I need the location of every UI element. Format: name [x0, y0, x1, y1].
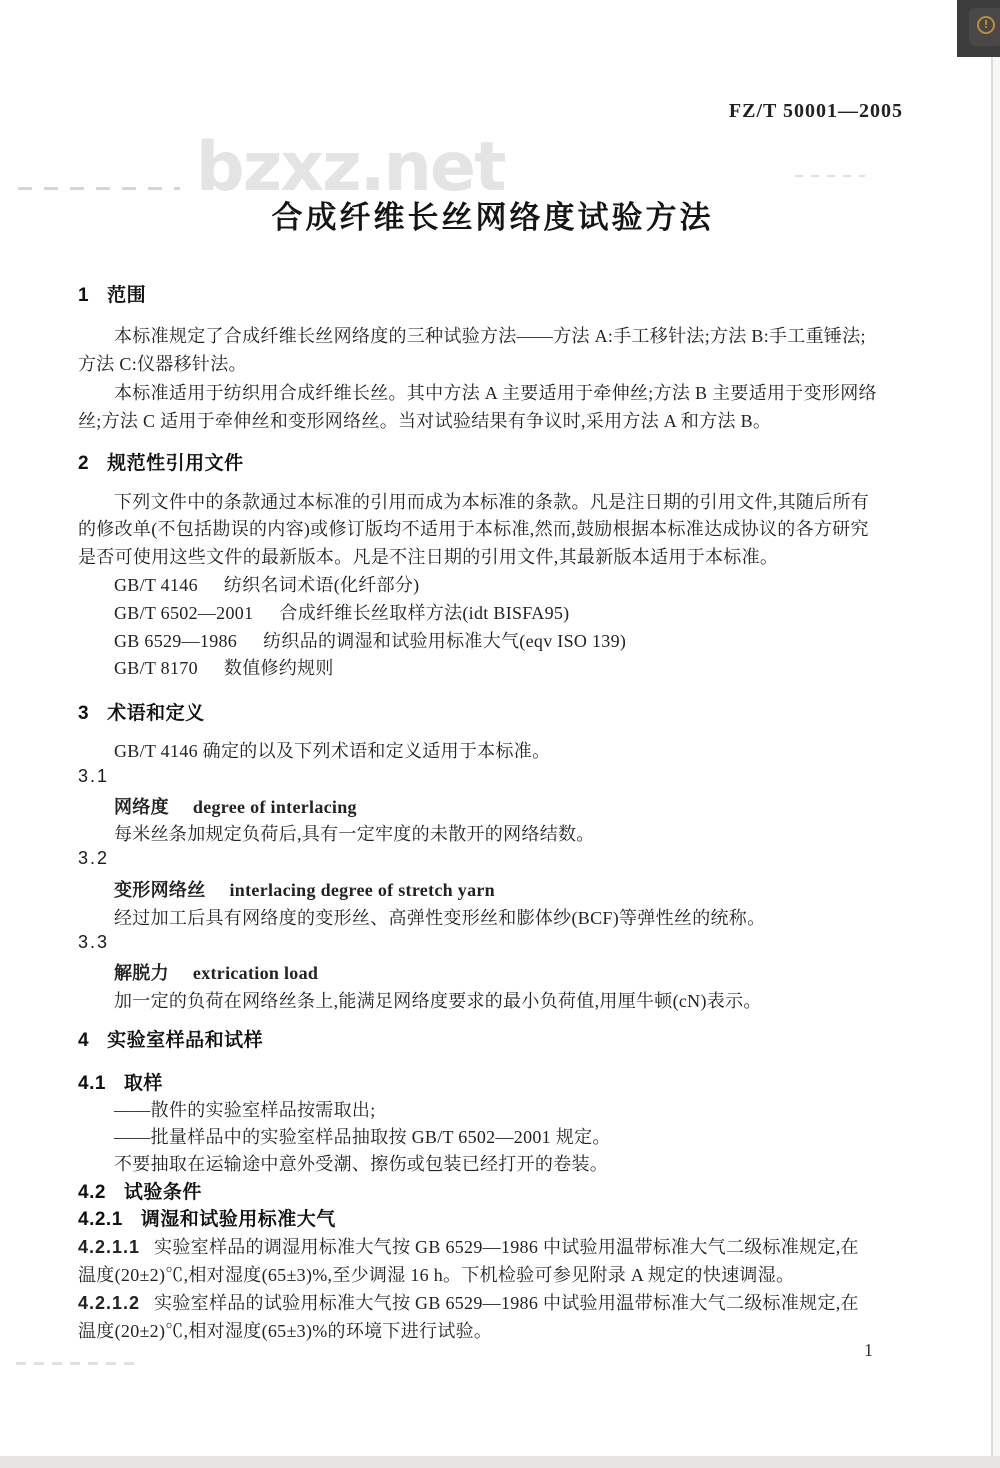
viewer-bottom-strip: [0, 1456, 1000, 1468]
term-en: degree of interlacing: [193, 797, 357, 817]
section-number: 4: [78, 1030, 89, 1051]
sampling-list-item: ——批量样品中的实验室样品抽取按 GB/T 6502—2001 规定。: [114, 1123, 611, 1149]
term-en: extrication load: [193, 963, 318, 983]
term-definition: 经过加工后具有网络度的变形丝、高弹性变形丝和膨体纱(BCF)等弹性丝的统称。: [114, 904, 765, 930]
clause-line: 4.2.1.2实验室样品的试验用标准大气按 GB 6529—1986 中试验用温…: [78, 1289, 859, 1315]
section-number: 4.2.1: [78, 1209, 123, 1230]
scope-paragraph-line: 本标准规定了合成纤维长丝网络度的三种试验方法——方法 A:手工移针法;方法 B:…: [114, 322, 866, 348]
reference-code: GB/T 4146: [114, 575, 198, 595]
reference-title: 数值修约规则: [224, 658, 334, 678]
alert-icon[interactable]: !: [977, 16, 995, 34]
section-label: 取样: [124, 1073, 163, 1094]
term-zh: 解脱力: [114, 963, 169, 983]
sampling-note: 不要抽取在运输途中意外受潮、擦伤或包装已经打开的卷装。: [114, 1150, 608, 1176]
standard-code: FZ/T 50001—2005: [729, 100, 903, 123]
scan-artifact: [795, 175, 865, 177]
document-title: 合成纤维长丝网络度试验方法: [0, 192, 985, 237]
term-zh: 变形网络丝: [114, 880, 206, 900]
sampling-list-item: ——散件的实验室样品按需取出;: [114, 1096, 376, 1122]
section-label: 试验条件: [124, 1182, 202, 1203]
references-paragraph-line: 下列文件中的条款通过本标准的引用而成为本标准的条款。凡是注日期的引用文件,其随后…: [114, 488, 869, 514]
section-1-heading: 1范围: [78, 280, 146, 307]
term-en: interlacing degree of stretch yarn: [230, 880, 495, 900]
reference-code: GB/T 6502—2001: [114, 603, 253, 623]
term-entry: 解脱力extrication load: [114, 959, 318, 985]
term-entry: 网络度degree of interlacing: [114, 793, 357, 819]
section-label: 术语和定义: [107, 703, 205, 724]
section-4-2-heading: 4.2试验条件: [78, 1177, 202, 1204]
reference-code: GB/T 8170: [114, 658, 198, 678]
scan-artifact: [18, 187, 180, 190]
scan-artifact: [16, 1362, 136, 1365]
clause-line: 4.2.1.1实验室样品的调湿用标准大气按 GB 6529—1986 中试验用温…: [78, 1233, 859, 1259]
section-number: 3: [78, 703, 89, 724]
section-3-heading: 3术语和定义: [78, 698, 205, 725]
section-label: 调湿和试验用标准大气: [141, 1209, 336, 1230]
term-entry: 变形网络丝interlacing degree of stretch yarn: [114, 876, 495, 902]
reference-entry: GB/T 6502—2001合成纤维长丝取样方法(idt BISFA95): [114, 599, 569, 625]
scope-paragraph-line: 本标准适用于纺织用合成纤维长丝。其中方法 A 主要适用于牵伸丝;方法 B 主要适…: [114, 379, 877, 405]
section-2-heading: 2规范性引用文件: [78, 448, 244, 475]
section-number: 1: [78, 285, 89, 306]
scope-paragraph-line: 丝;方法 C 适用于牵伸丝和变形网络丝。当对试验结果有争议时,采用方法 A 和方…: [78, 407, 771, 433]
section-number: 2: [78, 453, 89, 474]
section-4-1-heading: 4.1取样: [78, 1068, 163, 1095]
clause-number: 4.2.1.2: [78, 1293, 140, 1313]
section-4-heading: 4实验室样品和试样: [78, 1025, 263, 1052]
term-number: 3.3: [78, 932, 109, 953]
term-definition: 加一定的负荷在网络丝条上,能满足网络度要求的最小负荷值,用厘牛顿(cN)表示。: [114, 987, 762, 1013]
reference-code: GB 6529—1986: [114, 631, 237, 651]
section-label: 规范性引用文件: [107, 453, 244, 474]
term-number: 3.1: [78, 766, 109, 787]
reference-entry: GB/T 4146纺织名词术语(化纤部分): [114, 571, 419, 597]
clause-number: 4.2.1.1: [78, 1237, 140, 1257]
section-4-2-1-heading: 4.2.1调湿和试验用标准大气: [78, 1204, 336, 1231]
section-number: 4.1: [78, 1073, 106, 1094]
references-paragraph-line: 是否可使用这些文件的最新版本。凡是不注日期的引用文件,其最新版本适用于本标准。: [78, 543, 778, 569]
reference-entry: GB/T 8170数值修约规则: [114, 654, 334, 680]
section-label: 范围: [107, 285, 146, 306]
reference-title: 纺织品的调湿和试验用标准大气(eqv ISO 139): [263, 631, 626, 651]
extension-overlay: !: [957, 0, 1000, 57]
page-number: 1: [864, 1340, 873, 1361]
clause-text: 实验室样品的调湿用标准大气按 GB 6529—1986 中试验用温带标准大气二级…: [154, 1237, 859, 1257]
clause-line: 温度(20±2)℃,相对湿度(65±3)%,至少调湿 16 h。下机检验可参见附…: [78, 1261, 794, 1287]
viewer-background-strip: [993, 0, 1000, 1456]
clause-text: 实验室样品的试验用标准大气按 GB 6529—1986 中试验用温带标准大气二级…: [154, 1293, 859, 1313]
references-paragraph-line: 的修改单(不包括勘误的内容)或修订版均不适用于本标准,然而,鼓励根据本标准达成协…: [78, 515, 869, 541]
scope-paragraph-line: 方法 C:仪器移针法。: [78, 350, 247, 376]
section-number: 4.2: [78, 1182, 106, 1203]
reference-entry: GB 6529—1986纺织品的调湿和试验用标准大气(eqv ISO 139): [114, 627, 626, 653]
extension-badge[interactable]: !: [969, 8, 1000, 46]
term-zh: 网络度: [114, 797, 169, 817]
term-definition: 每米丝条加规定负荷后,具有一定牢度的未散开的网络结数。: [114, 820, 595, 846]
term-number: 3.2: [78, 848, 109, 869]
terms-intro: GB/T 4146 确定的以及下列术语和定义适用于本标准。: [114, 737, 550, 763]
section-label: 实验室样品和试样: [107, 1030, 263, 1051]
clause-line: 温度(20±2)℃,相对湿度(65±3)%的环境下进行试验。: [78, 1317, 492, 1343]
reference-title: 合成纤维长丝取样方法(idt BISFA95): [279, 603, 569, 623]
scanned-document-page: bzxz.net FZ/T 50001—2005 合成纤维长丝网络度试验方法 1…: [0, 0, 1000, 1468]
reference-title: 纺织名词术语(化纤部分): [224, 575, 420, 595]
